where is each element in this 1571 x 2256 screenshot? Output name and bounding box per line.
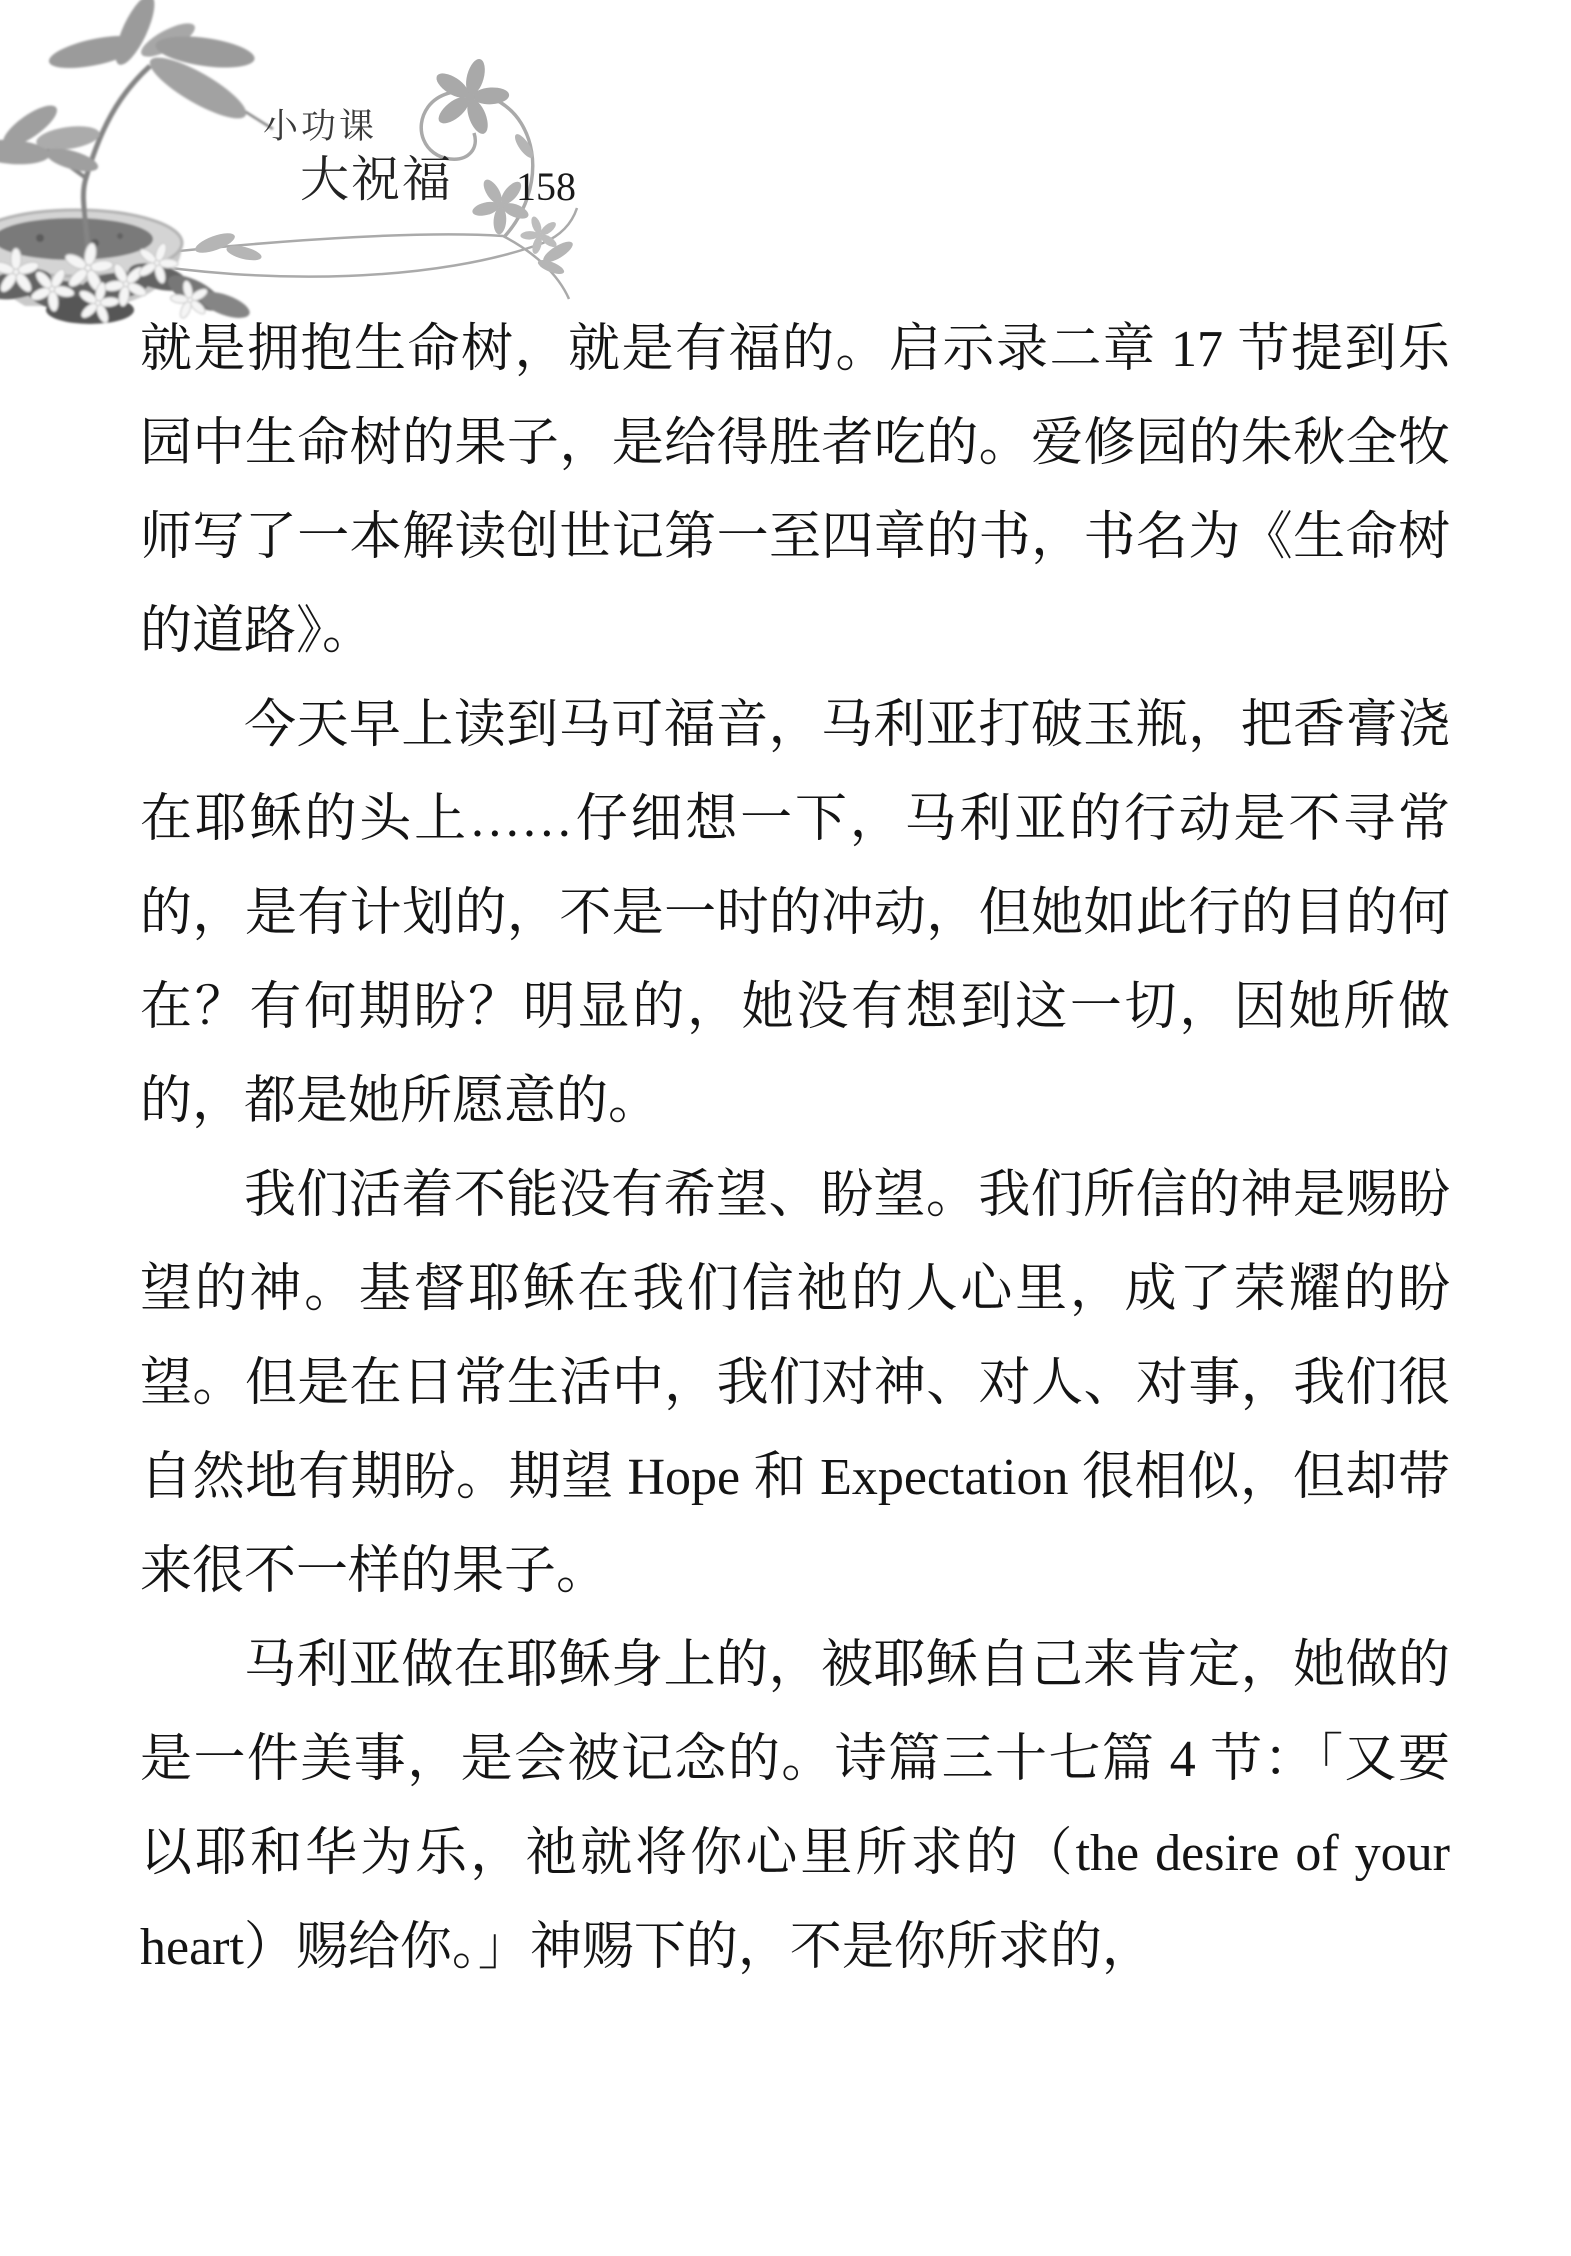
- paragraph: 我们活着不能没有希望、盼望。我们所信的神是赐盼望的神。基督耶稣在我们信祂的人心里…: [140, 1149, 1450, 1619]
- leaf-cluster-mid: [0, 99, 101, 176]
- flower-icon: [422, 49, 519, 143]
- paragraph: 马利亚做在耶稣身上的，被耶稣自己来肯定，她做的是一件美事，是会被记念的。诗篇三十…: [140, 1619, 1450, 1995]
- plant-photo: [0, 0, 273, 326]
- leaf-cluster-top: [46, 0, 256, 128]
- page-number: 158: [516, 163, 576, 210]
- body-text: 就是拥抱生命树，就是有福的。启示录二章 17 节提到乐园中生命树的果子，是给得胜…: [140, 303, 1450, 1995]
- paragraph: 就是拥抱生命树，就是有福的。启示录二章 17 节提到乐园中生命树的果子，是给得胜…: [140, 303, 1450, 679]
- book-page: 小功课 大祝福 158 就是拥抱生命树，就是有福的。启示录二章 17 节提到乐园…: [0, 0, 1571, 2256]
- page-title: 大祝福: [300, 141, 453, 211]
- paragraph: 今天早上读到马可福音，马利亚打破玉瓶，把香膏浇在耶稣的头上……仔细想一下，马利亚…: [140, 679, 1450, 1149]
